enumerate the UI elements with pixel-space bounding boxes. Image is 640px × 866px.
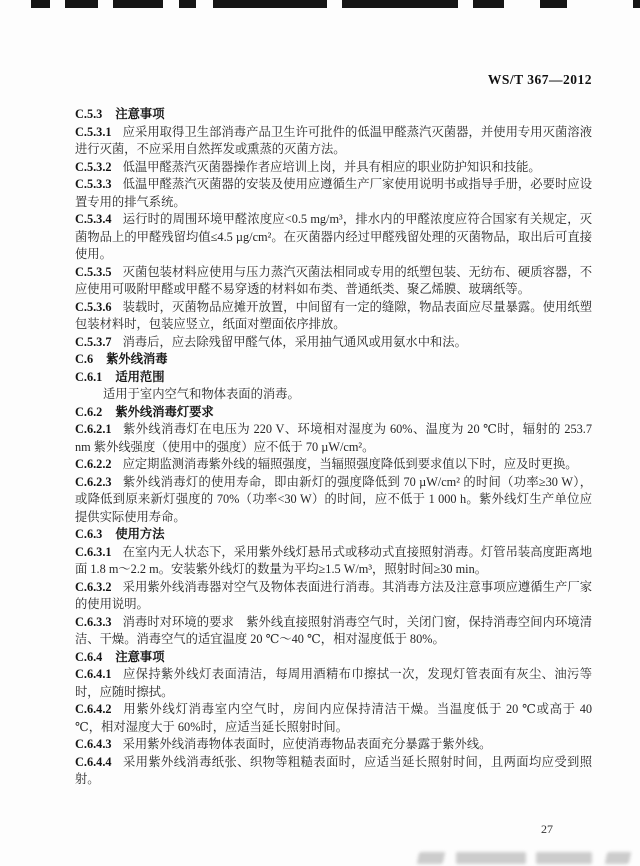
clause-c532: C.5.3.2低温甲醛蒸汽灭菌器操作者应培训上岗，并具有相应的职业防护知识和技能… [75, 159, 592, 177]
standard-number: WS/T 367—2012 [488, 72, 592, 88]
scan-edge-strip [0, 0, 640, 8]
clause-label: C.6.4.1 [75, 667, 112, 681]
clause-text: 采用紫外线消毒器对空气及物体表面进行消毒。其消毒方法及注意事项应遵循生产厂家的使… [75, 580, 592, 612]
clause-c621: C.6.2.1紫外线消毒灯在电压为 220 V、环境相对湿度为 60%、温度为 … [75, 421, 592, 456]
watermark-smudge [605, 852, 632, 864]
clause-label: C.5.3.3 [75, 177, 112, 191]
clause-text: 灭菌包装材料应使用与压力蒸汽灭菌法相同或专用的纸塑包装、无纺布、硬质容器，不应使… [75, 265, 592, 297]
section-label: C.6.3 [75, 527, 102, 541]
clause-label: C.5.3.1 [75, 125, 112, 139]
clause-c642: C.6.4.2用紫外线灯消毒室内空气时，房间内应保持清洁干燥。当温度低于 20 … [75, 701, 592, 736]
section-title: 适用范围 [115, 370, 164, 384]
section-heading-c6: C.6紫外线消毒 [75, 351, 592, 369]
clause-text: 紫外线消毒灯的使用寿命，即由新灯的强度降低到 70 µW/cm² 的时间（功率≥… [75, 475, 592, 524]
clause-c644: C.6.4.4采用紫外线消毒纸张、织物等粗糙表面时，应适当延长照射时间，且两面均… [75, 754, 592, 789]
clause-label: C.6.3.3 [75, 615, 112, 629]
clause-c632: C.6.3.2采用紫外线消毒器对空气及物体表面进行消毒。其消毒方法及注意事项应遵… [75, 579, 592, 614]
clause-text: 装载时，灭菌物品应摊开放置，中间留有一定的缝隙，物品表面应尽量暴露。使用纸塑包装… [75, 300, 592, 332]
clause-label: C.6.4.3 [75, 737, 112, 751]
clause-text: 运行时的周围环境甲醛浓度应<0.5 mg/m³，排水内的甲醛浓度应符合国家有关规… [75, 212, 592, 261]
clause-text: 应定期监测消毒紫外线的辐照强度，当辐照强度降低到要求值以下时，应及时更换。 [123, 457, 578, 471]
section-label: C.6.1 [75, 370, 102, 384]
clause-text: 低温甲醛蒸汽灭菌器操作者应培训上岗，并具有相应的职业防护知识和技能。 [123, 160, 541, 174]
clause-label: C.6.2.1 [75, 422, 112, 436]
clause-label: C.5.3.7 [75, 335, 112, 349]
watermark-smudge [536, 852, 592, 864]
clause-label: C.6.4.4 [75, 755, 112, 769]
section-label: C.6.2 [75, 405, 102, 419]
page-number: 27 [541, 822, 553, 837]
clause-label: C.6.2.2 [75, 457, 112, 471]
section-title: 紫外线消毒 [106, 352, 168, 366]
section-heading-c53: C.5.3注意事项 [75, 106, 592, 124]
section-title: 使用方法 [115, 527, 164, 541]
section-label: C.6 [75, 352, 93, 366]
clause-c534: C.5.3.4运行时的周围环境甲醛浓度应<0.5 mg/m³，排水内的甲醛浓度应… [75, 211, 592, 264]
clause-c531: C.5.3.1应采用取得卫生部消毒产品卫生许可批件的低温甲醛蒸汽灭菌器，并使用专… [75, 124, 592, 159]
clause-text: 消毒后，应去除残留甲醛气体，采用抽气通风或用氨水中和法。 [123, 335, 467, 349]
clause-c633: C.6.3.3消毒时对环境的要求 紫外线直接照射消毒空气时，关闭门窗，保持消毒空… [75, 614, 592, 649]
clause-c623: C.6.2.3紫外线消毒灯的使用寿命，即由新灯的强度降低到 70 µW/cm² … [75, 474, 592, 527]
clause-text: 低温甲醛蒸汽灭菌器的安装及使用应遵循生产厂家使用说明书或指导手册，必要时应设置专… [75, 177, 592, 209]
section-title: 紫外线消毒灯要求 [115, 405, 213, 419]
clause-text: 消毒时对环境的要求 紫外线直接照射消毒空气时，关闭门窗，保持消毒空间内环境清洁、… [75, 615, 592, 647]
clause-text: 采用紫外线消毒物体表面时，应使消毒物品表面充分暴露于紫外线。 [123, 737, 492, 751]
section-label: C.6.4 [75, 650, 102, 664]
section-heading-c62: C.6.2紫外线消毒灯要求 [75, 404, 592, 422]
clause-c641: C.6.4.1应保持紫外线灯表面清洁，每周用酒精布巾擦拭一次，发现灯管表面有灰尘… [75, 666, 592, 701]
section-title: 注意事项 [115, 650, 164, 664]
clause-text: 在室内无人状态下，采用紫外线灯悬吊式或移动式直接照射消毒。灯管吊装高度距离地面 … [75, 545, 592, 577]
watermark-smudge [417, 852, 446, 864]
clause-label: C.5.3.5 [75, 265, 112, 279]
clause-label: C.5.3.6 [75, 300, 112, 314]
section-heading-c64: C.6.4注意事项 [75, 649, 592, 667]
clause-label: C.5.3.2 [75, 160, 112, 174]
clause-label: C.5.3.4 [75, 212, 112, 226]
document-body: C.5.3注意事项 C.5.3.1应采用取得卫生部消毒产品卫生许可批件的低温甲醛… [75, 106, 592, 789]
clause-c631: C.6.3.1在室内无人状态下，采用紫外线灯悬吊式或移动式直接照射消毒。灯管吊装… [75, 544, 592, 579]
clause-text: 应保持紫外线灯表面清洁，每周用酒精布巾擦拭一次，发现灯管表面有灰尘、油污等时，应… [75, 667, 592, 699]
clause-text: 应采用取得卫生部消毒产品卫生许可批件的低温甲醛蒸汽灭菌器，并使用专用灭菌溶液进行… [75, 125, 592, 157]
clause-text: 采用紫外线消毒纸张、织物等粗糙表面时，应适当延长照射时间，且两面均应受到照射。 [75, 755, 592, 787]
section-title: 注意事项 [115, 107, 164, 121]
section-heading-c63: C.6.3使用方法 [75, 526, 592, 544]
clause-c622: C.6.2.2应定期监测消毒紫外线的辐照强度，当辐照强度降低到要求值以下时，应及… [75, 456, 592, 474]
clause-c537: C.5.3.7消毒后，应去除残留甲醛气体，采用抽气通风或用氨水中和法。 [75, 334, 592, 352]
clause-label: C.6.4.2 [75, 702, 112, 716]
bottom-watermark [418, 848, 632, 866]
clause-label: C.6.2.3 [75, 475, 112, 489]
paragraph-scope: 适用于室内空气和物体表面的消毒。 [75, 386, 592, 404]
clause-label: C.6.3.1 [75, 545, 112, 559]
clause-label: C.6.3.2 [75, 580, 112, 594]
clause-text: 用紫外线灯消毒室内空气时，房间内应保持清洁干燥。当温度低于 20 ℃或高于 40… [75, 702, 592, 734]
section-heading-c61: C.6.1适用范围 [75, 369, 592, 387]
watermark-smudge [456, 852, 526, 864]
clause-c643: C.6.4.3采用紫外线消毒物体表面时，应使消毒物品表面充分暴露于紫外线。 [75, 736, 592, 754]
clause-c535: C.5.3.5灭菌包装材料应使用与压力蒸汽灭菌法相同或专用的纸塑包装、无纺布、硬… [75, 264, 592, 299]
clause-text: 紫外线消毒灯在电压为 220 V、环境相对湿度为 60%、温度为 20 ℃时，辐… [75, 422, 592, 454]
clause-c533: C.5.3.3低温甲醛蒸汽灭菌器的安装及使用应遵循生产厂家使用说明书或指导手册，… [75, 176, 592, 211]
clause-c536: C.5.3.6装载时，灭菌物品应摊开放置，中间留有一定的缝隙，物品表面应尽量暴露… [75, 299, 592, 334]
section-label: C.5.3 [75, 107, 102, 121]
